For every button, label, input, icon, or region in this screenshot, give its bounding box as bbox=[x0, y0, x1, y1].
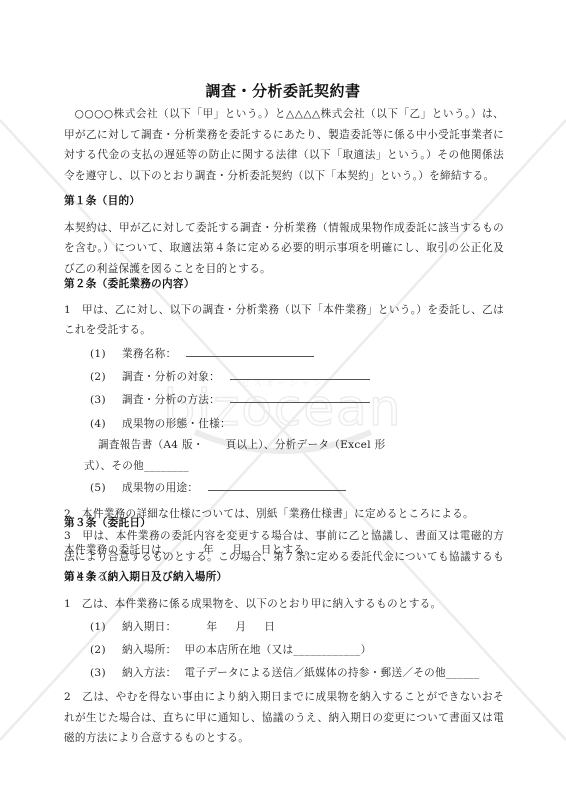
delivery-place-close: ） bbox=[361, 644, 372, 656]
item-label: 納入方法： bbox=[122, 662, 176, 685]
item-number: (4) bbox=[90, 414, 122, 435]
article-2-item-5: (5) 成果物の用途： bbox=[64, 477, 504, 500]
item-number: (2) bbox=[90, 639, 122, 662]
article-3-body: 本件業務の委託日は、年月日とする。 bbox=[64, 540, 504, 561]
item-number: (1) bbox=[90, 343, 122, 366]
article-1-heading: 第１条（目的） bbox=[64, 191, 504, 212]
item-number: (2) bbox=[90, 366, 122, 389]
article-4-item-2: (2) 納入場所： 甲の本店所在地（又は____________） bbox=[64, 639, 504, 662]
preamble-text: ○○○○株式会社（以下「甲」という。）と△△△△株式会社（以下「乙」という。）は… bbox=[64, 104, 504, 186]
item-label: 成果物の形態・仕様： bbox=[122, 418, 231, 430]
item-number: (3) bbox=[90, 389, 122, 412]
item-label: 調査・分析の対象： bbox=[122, 366, 220, 389]
item-label: 業務名称： bbox=[122, 343, 176, 366]
delivery-method-value: 電子データによる送信／紙媒体の持参・郵送／その他______ bbox=[184, 662, 479, 685]
item-number: (1) bbox=[90, 616, 122, 639]
item-label: 納入場所： bbox=[122, 639, 176, 662]
item-number: (3) bbox=[90, 662, 122, 685]
article-3-heading: 第３条（委託日） bbox=[64, 513, 504, 534]
commission-date-prefix: 本件業務の委託日は、 bbox=[64, 544, 173, 556]
article-4-item-1: (1) 納入期日： 年 月 日 bbox=[64, 616, 504, 639]
article-4-items: (1) 納入期日： 年 月 日 (2) 納入場所： 甲の本店所在地（又は____… bbox=[64, 616, 504, 685]
month-label: 月 bbox=[235, 616, 246, 639]
item-4-continuation-text: 式）、その他 bbox=[84, 460, 144, 472]
item-label: 調査・分析の方法： bbox=[122, 389, 220, 412]
delivery-method-other-blank-field[interactable]: ______ bbox=[446, 667, 480, 679]
day-label: 日 bbox=[264, 616, 275, 639]
article-4-clause-1: 1 乙は、本件業務に係る成果物を、以下のとおり甲に納入するものとする。 bbox=[64, 594, 504, 615]
business-name-blank-field[interactable] bbox=[186, 344, 314, 357]
article-4: 第４条（納入期日及び納入場所） 1 乙は、本件業務に係る成果物を、以下のとおり甲… bbox=[64, 567, 504, 749]
document-title: 調査・分析委託契約書 bbox=[0, 80, 566, 101]
deliverable-spec-value: 調査報告書（A4 版・ 頁以上）、分析データ（Excel 形 bbox=[98, 439, 385, 451]
research-method-blank-field[interactable] bbox=[230, 390, 370, 403]
month-label: 月 bbox=[232, 544, 243, 556]
article-2-clause-1: 1 甲は、乙に対し、以下の調査・分析業務（以下「本件業務」という。）を委託し、乙… bbox=[64, 300, 504, 341]
delivery-place-blank-field[interactable]: ____________ bbox=[293, 644, 360, 656]
article-2-item-2: (2) 調査・分析の対象： bbox=[64, 366, 504, 389]
article-4-heading: 第４条（納入期日及び納入場所） bbox=[64, 567, 504, 588]
deliverable-use-blank-field[interactable] bbox=[208, 478, 346, 491]
article-4-item-3: (3) 納入方法： 電子データによる送信／紙媒体の持参・郵送／その他______ bbox=[64, 662, 504, 685]
item-label: 成果物の用途： bbox=[122, 477, 198, 500]
item-4-continuation: 式）、その他________ bbox=[84, 456, 504, 477]
article-2-item-4: (4)成果物の形態・仕様：調査報告書（A4 版・ 頁以上）、分析データ（Exce… bbox=[64, 414, 504, 477]
article-2-item-3: (3) 調査・分析の方法： bbox=[64, 389, 504, 412]
other-spec-blank-field[interactable]: ________ bbox=[144, 460, 189, 472]
article-2-items: (1) 業務名称： (2) 調査・分析の対象： (3) 調査・分析の方法： (4… bbox=[64, 343, 504, 500]
article-4-clause-2: 2 乙は、やむを得ない事由により納入期日までに成果物を納入することができないおそ… bbox=[64, 687, 504, 749]
research-target-blank-field[interactable] bbox=[230, 367, 370, 380]
year-label: 年 bbox=[206, 616, 217, 639]
article-2-item-1: (1) 業務名称： bbox=[64, 343, 504, 366]
delivery-place-text: 甲の本店所在地（又は bbox=[184, 644, 293, 656]
article-2-heading: 第２条（委託業務の内容） bbox=[64, 274, 504, 295]
day-suffix: 日とする。 bbox=[261, 544, 315, 556]
year-label: 年 bbox=[203, 544, 214, 556]
article-1-body: 本契約は、甲が乙に対して委託する調査・分析業務（情報成果物作成委託に該当するもの… bbox=[64, 218, 504, 280]
article-1: 第１条（目的） 本契約は、甲が乙に対して委託する調査・分析業務（情報成果物作成委… bbox=[64, 191, 504, 279]
document-page: 調査・分析委託契約書 ○○○○株式会社（以下「甲」という。）と△△△△株式会社（… bbox=[0, 0, 566, 800]
item-number: (5) bbox=[90, 477, 122, 500]
item-label: 納入期日： bbox=[122, 616, 176, 639]
preamble-block: ○○○○株式会社（以下「甲」という。）と△△△△株式会社（以下「乙」という。）は… bbox=[64, 104, 504, 186]
article-3: 第３条（委託日） 本件業務の委託日は、年月日とする。 bbox=[64, 513, 504, 560]
delivery-place-value: 甲の本店所在地（又は____________） bbox=[184, 639, 371, 662]
delivery-method-text: 電子データによる送信／紙媒体の持参・郵送／その他 bbox=[184, 667, 445, 679]
